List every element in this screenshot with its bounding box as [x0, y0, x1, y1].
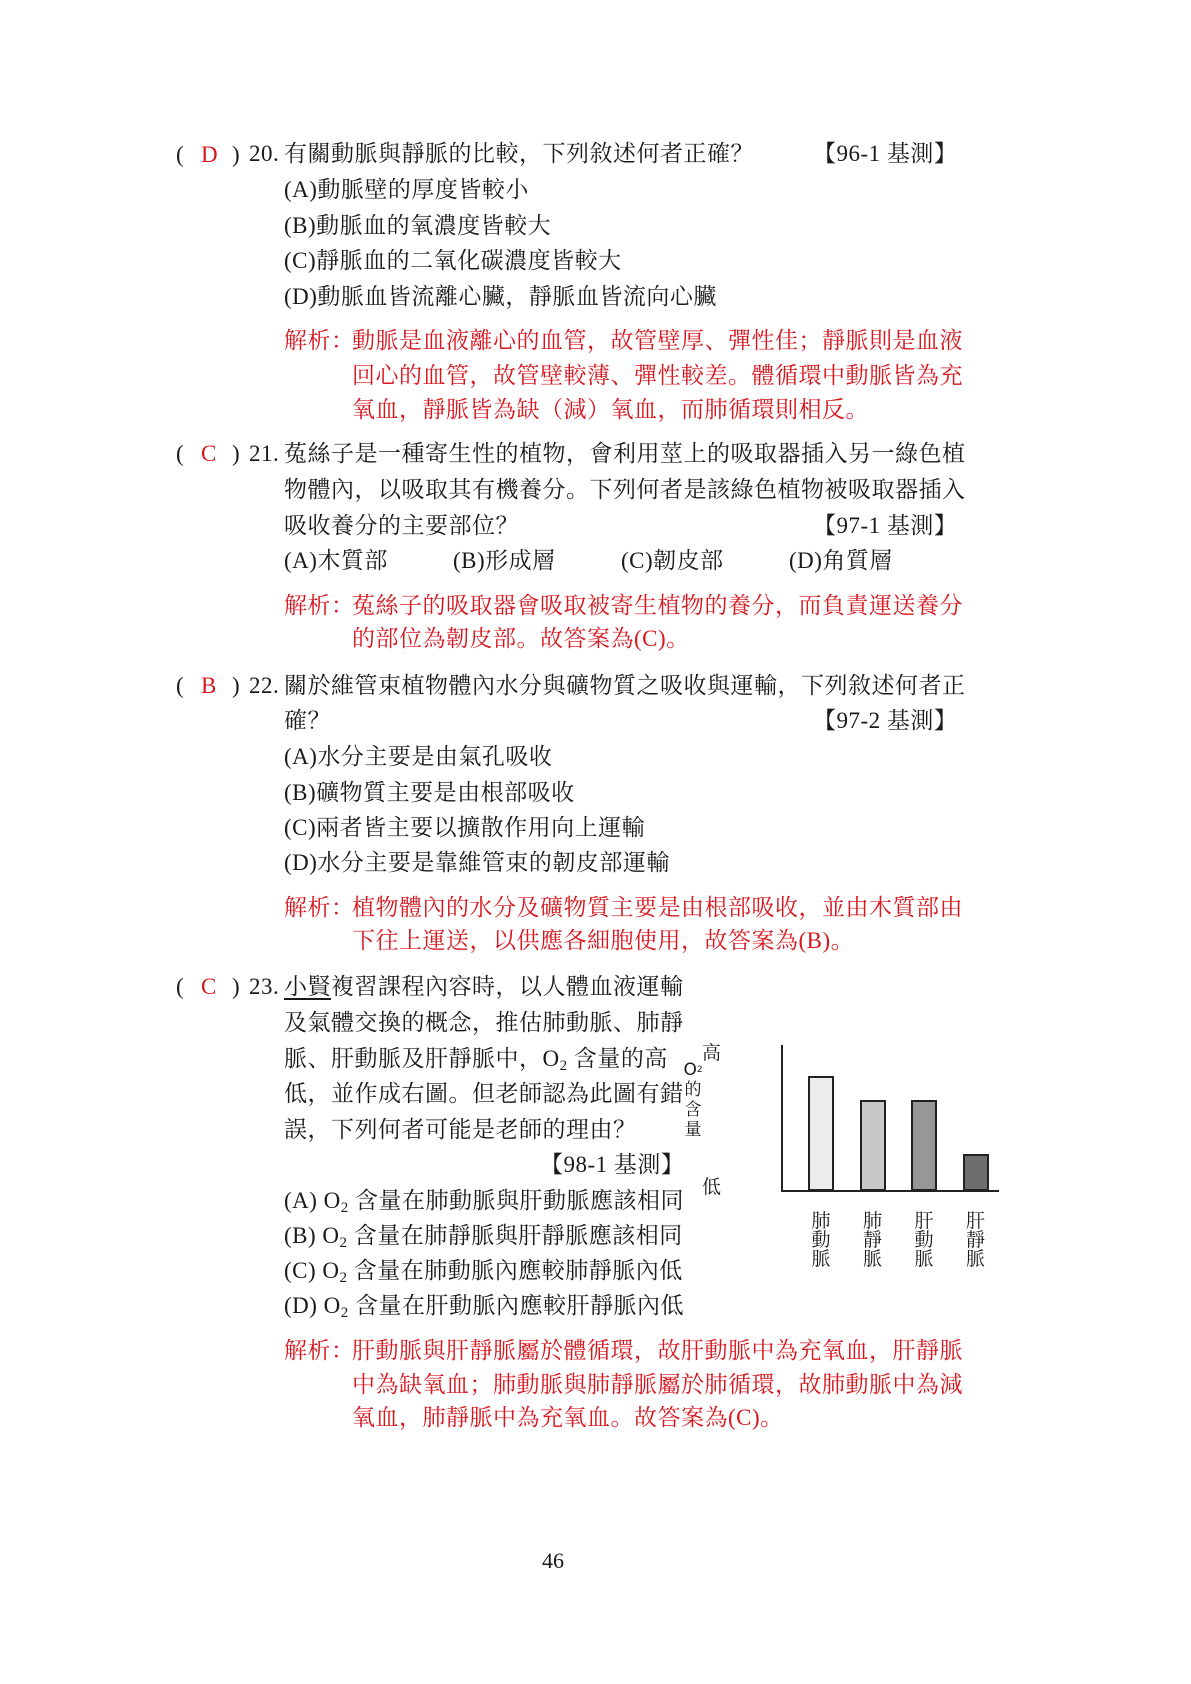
exam-source: 【97-1 基測】: [813, 508, 957, 544]
option-c: (C)兩者皆主要以擴散作用向上運輸: [284, 810, 645, 846]
question-stem: 有關動脈與靜脈的比較，下列敘述何者正確？: [284, 136, 754, 172]
question-stem: 菟絲子是一種寄生性的植物，會利用莖上的吸取器插入另一綠色植: [284, 436, 966, 472]
option-d: (D)角質層: [789, 543, 893, 579]
answer-letter: C: [201, 441, 216, 467]
answer-letter: B: [201, 673, 216, 699]
y-axis: [781, 1045, 783, 1192]
option-b: (B)動脈血的氧濃度皆較大: [284, 208, 551, 244]
explanation-label: 解析：: [284, 588, 355, 624]
answer-paren-close: ): [232, 142, 240, 168]
question-stem: 關於維管束植物體內水分與礦物質之吸收與運輸，下列敘述何者正: [284, 668, 966, 704]
x-axis-label: 肝靜脈: [965, 1212, 987, 1269]
option-a: (A)動脈壁的厚度皆較小: [284, 172, 529, 208]
x-axis-label: 肝動脈: [913, 1212, 935, 1269]
explanation-line: 中為缺氧血；肺動脈與肺靜脈屬於肺循環，故肺動脈中為減: [352, 1367, 963, 1403]
y-axis-high-label: 高: [702, 1038, 721, 1065]
answer-paren-open: (: [176, 142, 184, 168]
option-d: (D)動脈血皆流離心臟，靜脈血皆流向心臟: [284, 279, 717, 315]
answer-paren-open: (: [176, 441, 184, 467]
option-c: (C)靜脈血的二氧化碳濃度皆較大: [284, 243, 622, 279]
answer-paren-close: ): [232, 441, 240, 467]
question-stem: 物體內，以吸取其有機養分。下列何者是該綠色植物被吸取器插入: [284, 472, 966, 508]
explanation-label: 解析：: [284, 323, 355, 359]
explanation-line: 氧血，靜脈皆為缺（減）氧血，而肺循環則相反。: [352, 392, 869, 428]
question-stem: 確？: [284, 703, 331, 739]
option-b: (B)礦物質主要是由根部吸收: [284, 775, 575, 811]
question-stem: 及氣體交換的概念，推估肺動脈、肺靜: [284, 1005, 684, 1041]
question-stem: 誤，下列何者可能是老師的理由？: [284, 1112, 637, 1148]
answer-letter: C: [201, 974, 216, 1000]
explanation-label: 解析：: [284, 890, 355, 926]
explanation-line: 的部位為韌皮部。故答案為(C)。: [352, 621, 690, 657]
question-number: 20.: [249, 136, 279, 172]
answer-paren-open: (: [176, 673, 184, 699]
exam-source: 【97-2 基測】: [813, 703, 957, 739]
option-d: (D)水分主要是靠維管束的韌皮部運輸: [284, 845, 670, 881]
explanation-label: 解析：: [284, 1333, 355, 1369]
person-name: 小賢: [284, 974, 331, 999]
o2-bar-chart: 高 低 O2 的 含 量 肺動脈肺靜脈肝動脈肝靜脈: [690, 1040, 1020, 1280]
answer-letter: D: [201, 142, 218, 168]
explanation-line: 下往上運送，以供應各細胞使用，故答案為(B)。: [352, 923, 854, 959]
y-axis-low-label: 低: [702, 1172, 721, 1199]
exam-source: 【96-1 基測】: [813, 136, 957, 172]
option-b: (B)形成層: [453, 543, 556, 579]
x-axis-label: 肺靜脈: [862, 1212, 884, 1269]
answer-paren-close: ): [232, 974, 240, 1000]
explanation-line: 動脈是血液離心的血管，故管壁厚、彈性佳；靜脈則是血液: [352, 323, 963, 359]
option-c: (C)韌皮部: [621, 543, 724, 579]
x-axis-label: 肺動脈: [810, 1212, 832, 1269]
option-d: (D) O2 含量在肝動脈內應較肝靜脈內低: [284, 1288, 684, 1331]
bar: [860, 1100, 886, 1191]
explanation-line: 植物體內的水分及礦物質主要是由根部吸收，並由木質部由: [352, 890, 963, 926]
question-stem: 小賢複習課程內容時，以人體血液運輸: [284, 969, 684, 1005]
option-a: (A)水分主要是由氣孔吸收: [284, 739, 552, 775]
explanation-line: 肝動脈與肝靜脈屬於體循環，故肝動脈中為充氧血，肝靜脈: [352, 1333, 963, 1369]
question-number: 23.: [249, 969, 279, 1005]
question-number: 22.: [249, 668, 279, 704]
bar: [963, 1154, 989, 1191]
answer-paren-open: (: [176, 974, 184, 1000]
option-a: (A)木質部: [284, 543, 388, 579]
question-number: 21.: [249, 436, 279, 472]
explanation-line: 氧血，肺靜脈中為充氧血。故答案為(C)。: [352, 1400, 784, 1436]
answer-paren-close: ): [232, 673, 240, 699]
explanation-line: 回心的血管，故管壁較薄、彈性較差。體循環中動脈皆為充: [352, 358, 963, 394]
y-axis-title: O2 的 含 量: [682, 1060, 704, 1140]
question-stem: 低，並作成右圖。但老師認為此圖有錯: [284, 1076, 684, 1112]
explanation-line: 菟絲子的吸取器會吸取被寄生植物的養分，而負責運送養分: [352, 588, 963, 624]
page-number: 46: [542, 1548, 564, 1574]
bar: [911, 1100, 937, 1191]
exam-source: 【98-1 基測】: [540, 1147, 684, 1183]
bar: [808, 1076, 834, 1191]
question-stem: 吸收養分的主要部位？: [284, 508, 519, 544]
